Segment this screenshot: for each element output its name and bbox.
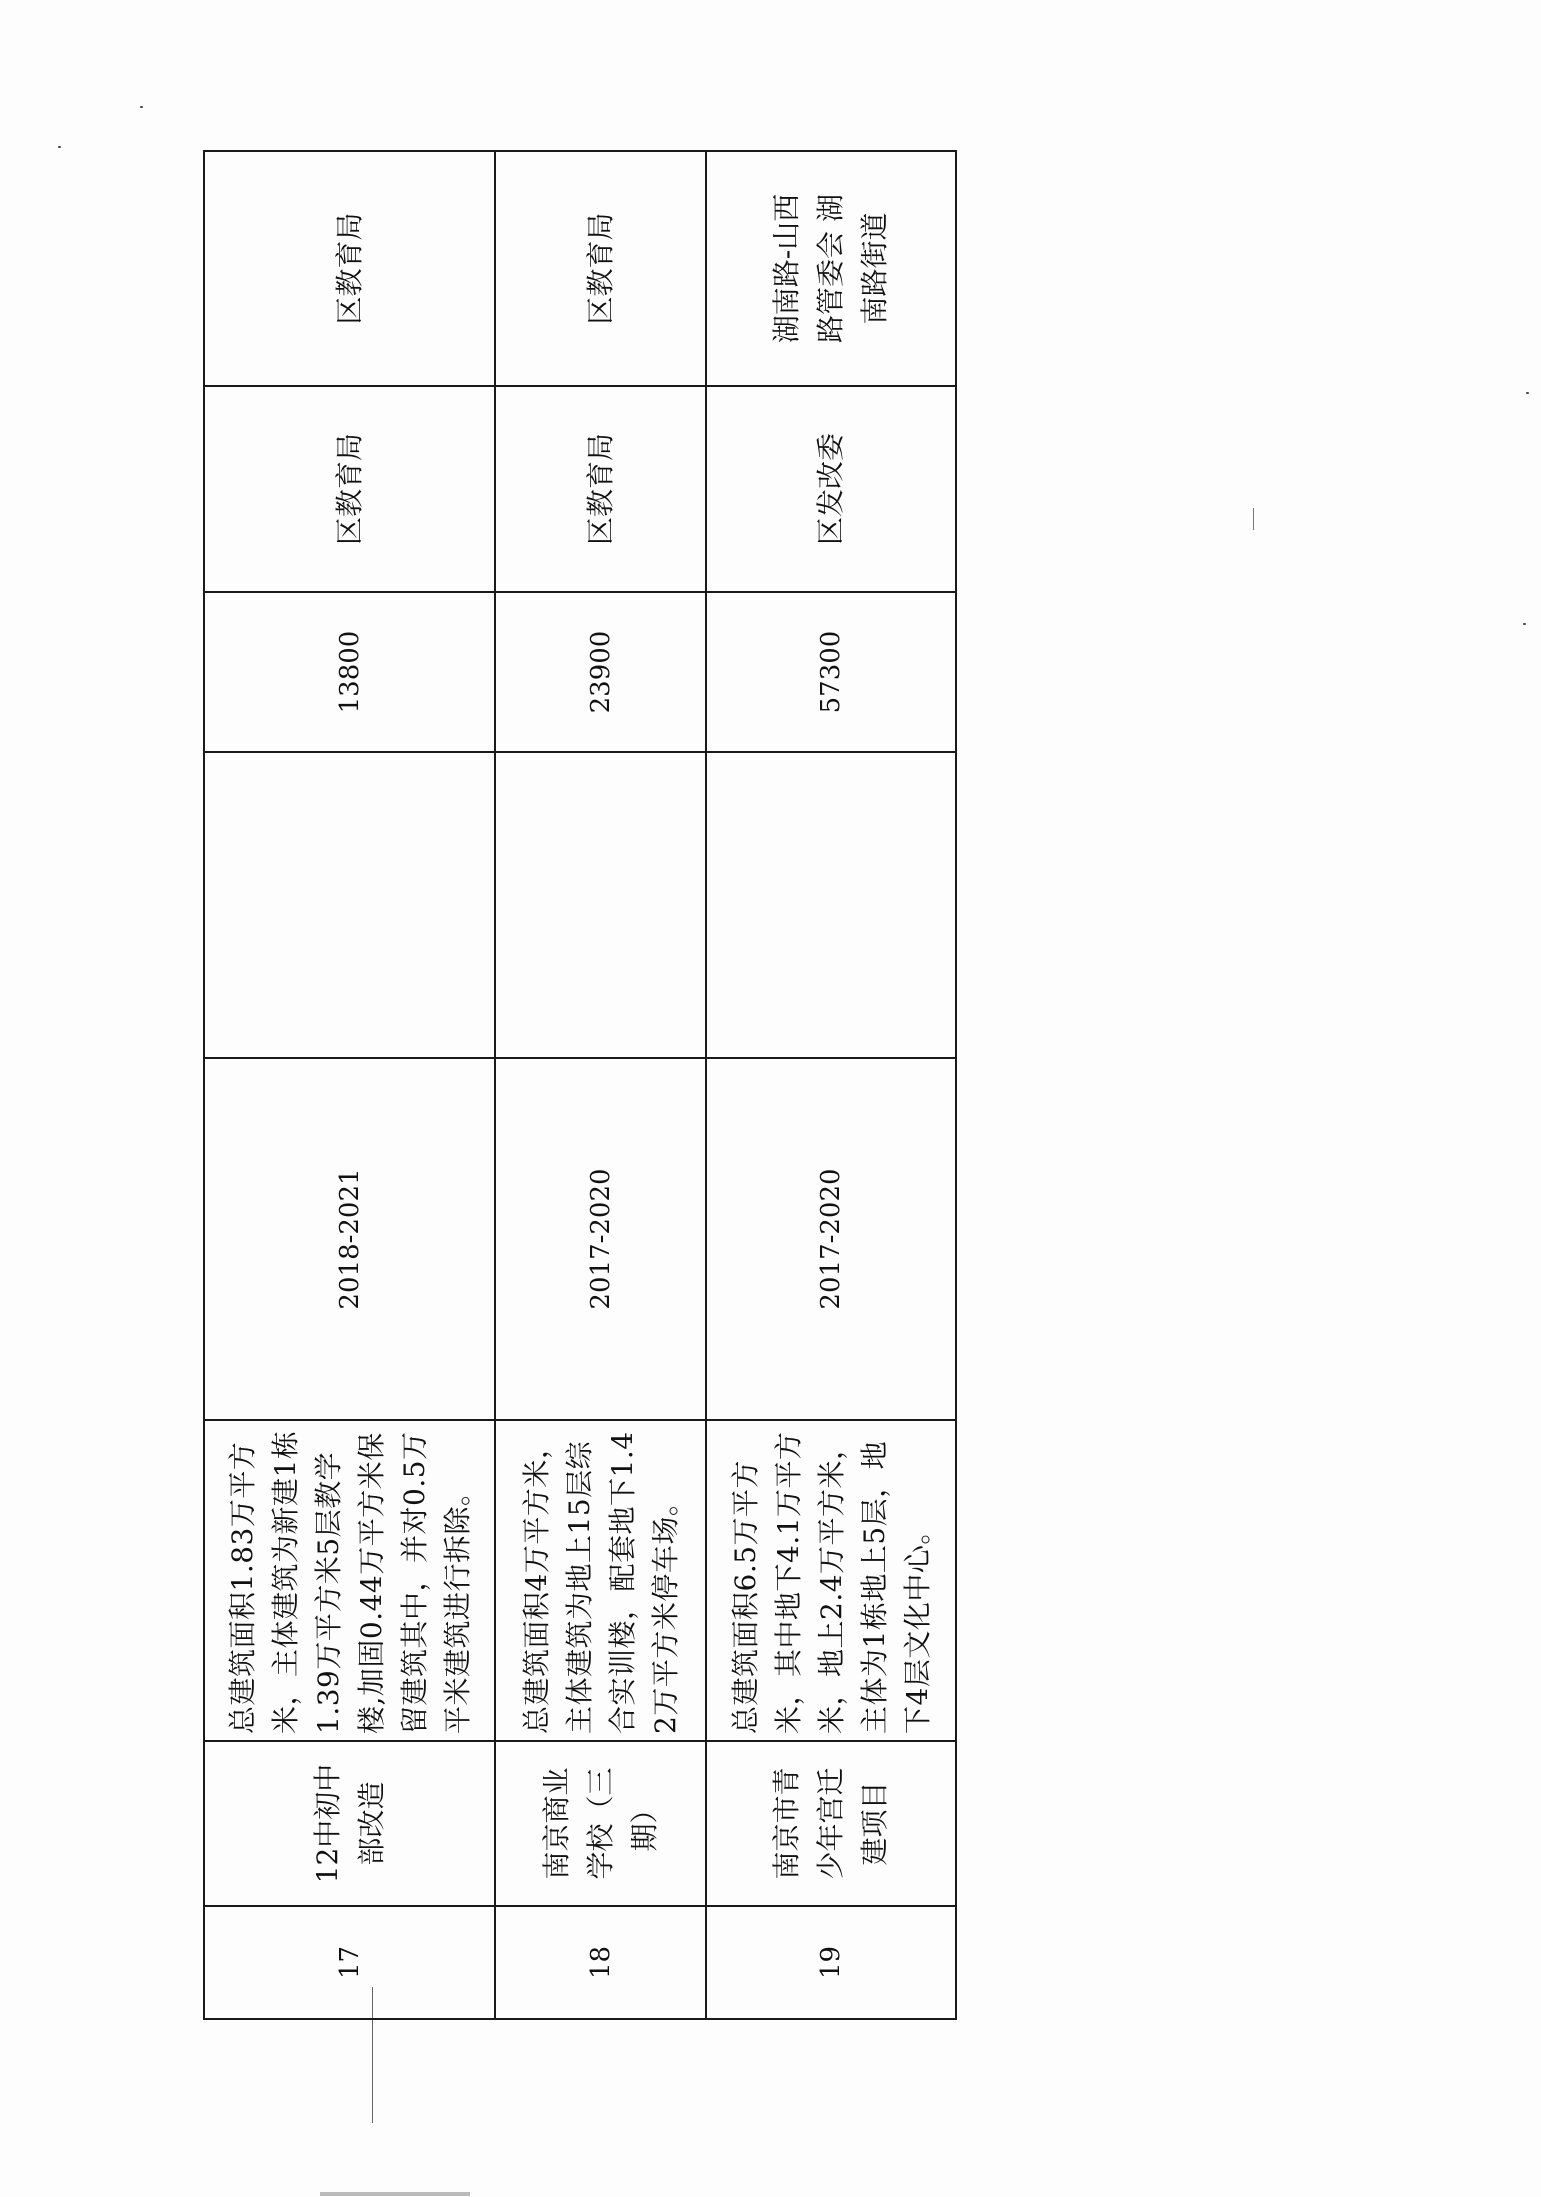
scan-mark-line	[1253, 508, 1254, 530]
cell-period: 2017-2020	[495, 1058, 706, 1420]
cell-implementing-unit: 湖南路-山西路管委会 湖南路街道	[706, 151, 956, 386]
responsible-dept: 区教育局	[584, 433, 617, 545]
project-description: 总建筑面积1.83万平方米，主体建筑为新建1栋1.39万平方米5层教学楼,加固0…	[226, 1431, 474, 1734]
cell-project-name: 南京商业学校（三期）	[495, 1741, 706, 1906]
implementing-unit: 湖南路-山西路管委会 湖南路街道	[770, 194, 891, 343]
scan-speck	[58, 146, 61, 148]
cell-implementing-unit: 区教育局	[204, 151, 495, 386]
cell-no: 18	[495, 1906, 706, 2019]
project-name: 南京商业学校（三期）	[535, 1758, 667, 1889]
cell-no: 17	[204, 1906, 495, 2019]
cell-implementing-unit: 区教育局	[495, 151, 706, 386]
investment-amount: 23900	[586, 631, 616, 714]
cell-project-name: 12中初中部改造	[204, 1741, 495, 1906]
investment-amount: 57300	[816, 631, 846, 714]
cell-period: 2018-2021	[204, 1058, 495, 1420]
project-period: 2017-2020	[816, 1168, 846, 1309]
responsible-dept: 区教育局	[333, 433, 366, 545]
project-description: 总建筑面积4万平方米，主体建筑为地上15层综合实训楼，配套地下1.42万平方米停…	[520, 1431, 682, 1734]
rotated-table-wrapper: 17 12中初中部改造 总建筑面积1.83万平方米，主体建筑为新建1栋1.39万…	[203, 152, 955, 2020]
cell-description: 总建筑面积1.83万平方米，主体建筑为新建1栋1.39万平方米5层教学楼,加固0…	[204, 1420, 495, 1741]
table-row: 19 南京市青少年宫迁建项目 总建筑面积6.5万平方米，其中地下4.1万平方米，…	[706, 151, 956, 2019]
cell-responsible-dept: 区教育局	[495, 386, 706, 592]
cell-investment: 13800	[204, 592, 495, 752]
project-table: 17 12中初中部改造 总建筑面积1.83万平方米，主体建筑为新建1栋1.39万…	[203, 150, 957, 2020]
scan-speck	[140, 106, 143, 108]
cell-blank	[204, 752, 495, 1058]
project-name: 12中初中部改造	[306, 1758, 394, 1889]
project-period: 2017-2020	[586, 1168, 616, 1309]
cell-responsible-dept: 区发改委	[706, 386, 956, 592]
cell-no: 19	[706, 1906, 956, 2019]
scan-mark-bar	[320, 2192, 470, 2196]
cell-description: 总建筑面积6.5万平方米，其中地下4.1万平方米，地上2.4万平方米，主体为1栋…	[706, 1420, 956, 1741]
investment-amount: 13800	[335, 631, 365, 714]
cell-period: 2017-2020	[706, 1058, 956, 1420]
row-number: 17	[328, 1946, 372, 1979]
cell-responsible-dept: 区教育局	[204, 386, 495, 592]
row-number: 18	[579, 1946, 623, 1979]
row-number: 19	[809, 1946, 853, 1979]
table-row: 18 南京商业学校（三期） 总建筑面积4万平方米，主体建筑为地上15层综合实训楼…	[495, 151, 706, 2019]
project-period: 2018-2021	[335, 1168, 365, 1309]
scan-speck	[1526, 392, 1529, 394]
cell-blank	[495, 752, 706, 1058]
project-description: 总建筑面积6.5万平方米，其中地下4.1万平方米，地上2.4万平方米，主体为1栋…	[729, 1431, 934, 1734]
cell-investment: 57300	[706, 592, 956, 752]
project-name: 南京市青少年宫迁建项目	[765, 1758, 897, 1889]
table-row: 17 12中初中部改造 总建筑面积1.83万平方米，主体建筑为新建1栋1.39万…	[204, 151, 495, 2019]
cell-investment: 23900	[495, 592, 706, 752]
cell-description: 总建筑面积4万平方米，主体建筑为地上15层综合实训楼，配套地下1.42万平方米停…	[495, 1420, 706, 1741]
responsible-dept: 区发改委	[814, 433, 847, 545]
implementing-unit: 区教育局	[333, 213, 366, 325]
implementing-unit: 区教育局	[584, 213, 617, 325]
cell-blank	[706, 752, 956, 1058]
scan-speck	[1523, 623, 1526, 625]
cell-project-name: 南京市青少年宫迁建项目	[706, 1741, 956, 1906]
